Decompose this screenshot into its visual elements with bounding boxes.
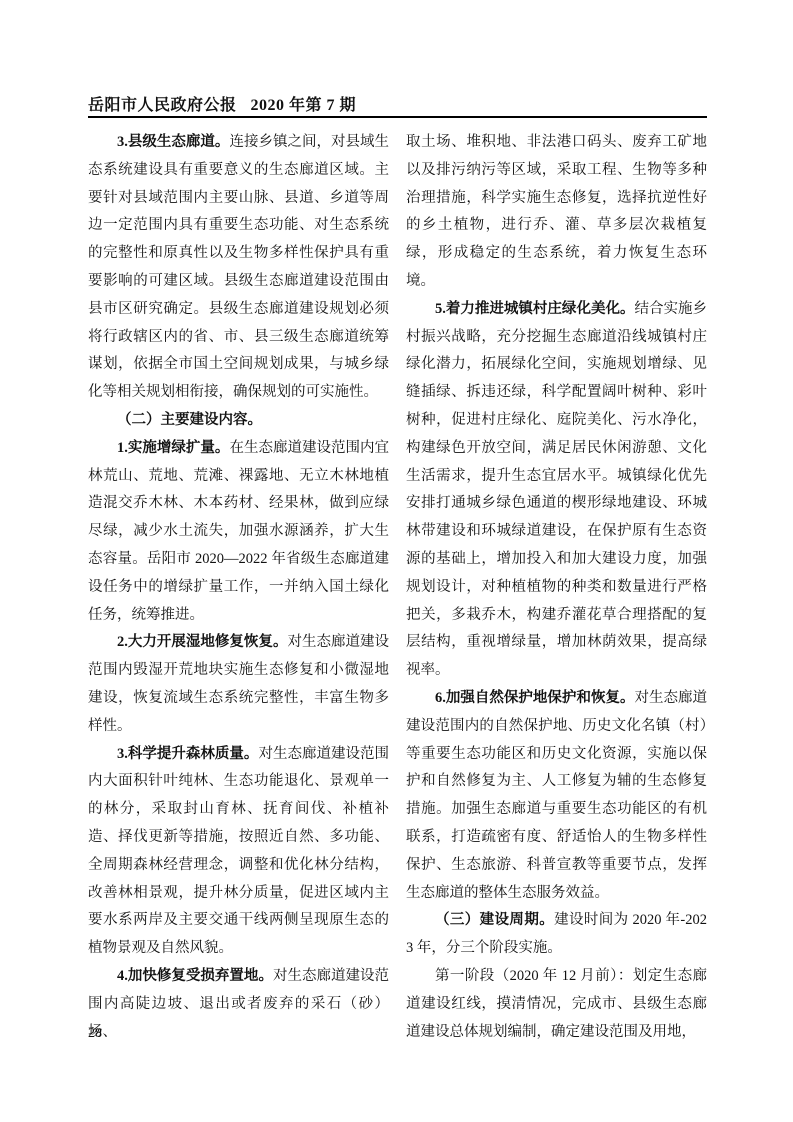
two-column-content: 3.县级生态廊道。连接乡镇之间，对县域生态系统建设具有重要意义的生态廊道区域。主… <box>88 129 707 1046</box>
left-column: 3.县级生态廊道。连接乡镇之间，对县域生态系统建设具有重要意义的生态廊道区域。主… <box>88 129 389 1046</box>
left-paragraph-4: 2.大力开展湿地修复恢复。对生态廊道建设范围内毁湿开荒地块实施生态修复和小微湿地… <box>88 629 389 740</box>
left-paragraph-6: 4.加快修复受损弃置地。对生态廊道建设范围内高陡边坡、退出或者废弃的采石（砂）场… <box>88 963 389 1046</box>
left-paragraph-1-lead: 3.县级生态廊道。 <box>117 134 229 150</box>
right-paragraph-1: 取土场、堆积地、非法港口码头、废弃工矿地以及排污纳污等区域，采取工程、生物等多种… <box>406 129 707 296</box>
left-paragraph-1: 3.县级生态廊道。连接乡镇之间，对县域生态系统建设具有重要意义的生态廊道区域。主… <box>88 129 389 407</box>
left-paragraph-3: 1.实施增绿扩量。在生态廊道建设范围内宜林荒山、荒地、荒滩、裸露地、无立木林地植… <box>88 435 389 630</box>
right-paragraph-3: 6.加强自然保护地保护和恢复。对生态廊道建设范围内的自然保护地、历史文化名镇（村… <box>406 685 707 907</box>
page-number: 28 <box>88 1025 102 1043</box>
left-paragraph-3-lead: 1.实施增绿扩量。 <box>117 440 229 456</box>
right-paragraph-5-body: 第一阶段（2020 年 12 月前）：划定生态廊道建设红线，摸清情况，完成市、县… <box>406 968 707 1040</box>
right-paragraph-3-body: 对生态廊道建设范围内的自然保护地、历史文化名镇（村）等重要生态功能区和历史文化资… <box>406 690 707 901</box>
left-paragraph-4-lead: 2.大力开展湿地修复恢复。 <box>117 634 287 650</box>
page-header: 岳阳市人民政府公报2020 年第 7 期 <box>88 92 707 115</box>
left-paragraph-3-body: 在生态廊道建设范围内宜林荒山、荒地、荒滩、裸露地、无立木林地植造混交乔木林、木本… <box>88 440 389 623</box>
right-paragraph-3-lead: 6.加强自然保护地保护和恢复。 <box>435 690 634 706</box>
left-paragraph-2-lead: （二）主要建设内容。 <box>117 412 262 428</box>
left-paragraph-5-lead: 3.科学提升森林质量。 <box>117 746 258 762</box>
right-column: 取土场、堆积地、非法港口码头、废弃工矿地以及排污纳污等区域，采取工程、生物等多种… <box>406 129 707 1046</box>
left-paragraph-5: 3.科学提升森林质量。对生态廊道建设范围内大面积针叶纯林、生态功能退化、景观单一… <box>88 741 389 963</box>
right-paragraph-5: 第一阶段（2020 年 12 月前）：划定生态廊道建设红线，摸清情况，完成市、县… <box>406 963 707 1046</box>
right-paragraph-1-body: 取土场、堆积地、非法港口码头、废弃工矿地以及排污纳污等区域，采取工程、生物等多种… <box>406 134 707 289</box>
left-paragraph-1-body: 连接乡镇之间，对县域生态系统建设具有重要意义的生态廊道区域。主要针对县域范围内主… <box>88 134 389 400</box>
gazette-issue: 2020 年第 7 期 <box>251 97 357 114</box>
right-paragraph-2: 5.着力推进城镇村庄绿化美化。结合实施乡村振兴战略，充分挖掘生态廊道沿线城镇村庄… <box>406 296 707 685</box>
left-paragraph-2: （二）主要建设内容。 <box>88 407 389 435</box>
right-paragraph-2-lead: 5.着力推进城镇村庄绿化美化。 <box>435 301 634 317</box>
right-paragraph-4-lead: （三）建设周期。 <box>435 912 554 928</box>
gazette-title: 岳阳市人民政府公报 <box>88 97 237 114</box>
header-rule <box>88 116 707 118</box>
right-paragraph-2-body: 结合实施乡村振兴战略，充分挖掘生态廊道沿线城镇村庄绿化潜力，拓展绿化空间，实施规… <box>406 301 707 678</box>
left-paragraph-5-body: 对生态廊道建设范围内大面积针叶纯林、生态功能退化、景观单一的林分，采取封山育林、… <box>88 746 389 957</box>
right-paragraph-4: （三）建设周期。建设时间为 2020 年-2023 年，分三个阶段实施。 <box>406 907 707 963</box>
left-paragraph-6-lead: 4.加快修复受损弃置地。 <box>117 968 273 984</box>
document-page: 岳阳市人民政府公报2020 年第 7 期 3.县级生态廊道。连接乡镇之间，对县域… <box>0 0 793 1122</box>
